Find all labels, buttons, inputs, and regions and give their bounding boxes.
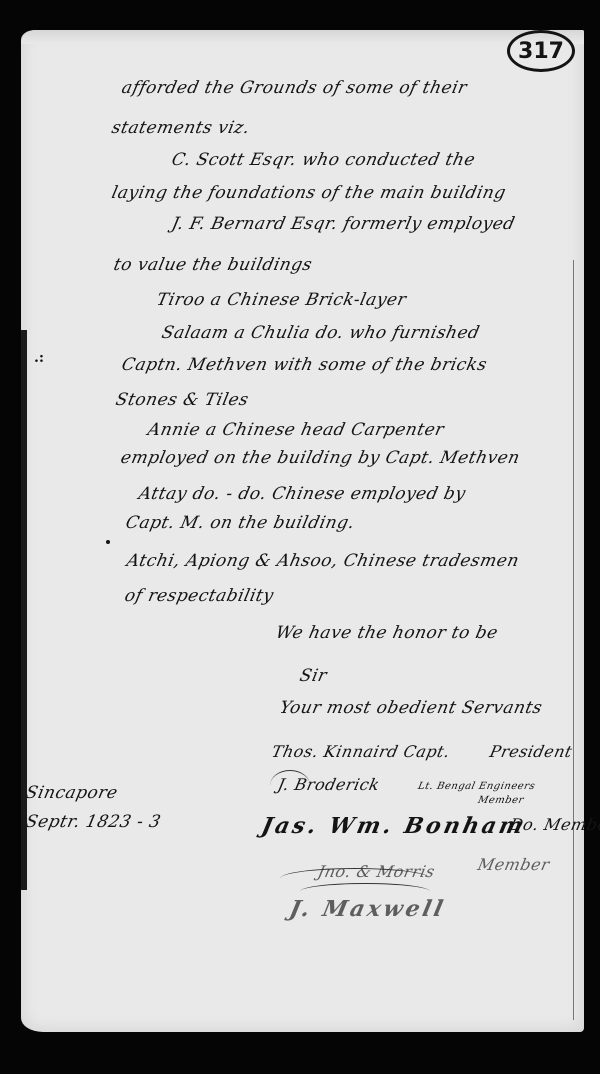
closing-valediction: Your most obedient Servants — [278, 698, 544, 718]
signature-role: Do. Member — [508, 815, 600, 834]
folio-number: 317 — [507, 30, 575, 72]
body-line: to value the buildings — [112, 255, 314, 275]
signature-name: Thos. Kinnaird Capt. — [270, 742, 452, 761]
body-line: J. F. Bernard Esqr. formerly employed — [170, 214, 517, 234]
body-line: Capt. M. on the building. — [124, 513, 357, 533]
margin-marks: .: — [34, 350, 44, 366]
closing-line: We have the honor to be — [274, 623, 500, 643]
place-line: Sincapore — [24, 783, 120, 803]
signature-flourish — [270, 770, 310, 801]
body-line: Annie a Chinese head Carpenter — [146, 420, 446, 440]
body-line: laying the foundations of the main build… — [110, 183, 508, 203]
body-line: Attay do. - do. Chinese employed by — [137, 484, 468, 504]
signature-role: Member — [477, 795, 525, 806]
date-line: Septr. 1823 - 3 — [24, 812, 163, 832]
body-line: Captn. Methven with some of the bricks — [120, 355, 489, 375]
page-edge-line — [573, 260, 574, 1020]
body-line: Tiroo a Chinese Brick-layer — [155, 290, 408, 310]
binding-shadow — [21, 330, 27, 890]
body-line: of respectability — [123, 586, 276, 606]
signature-role: Lt. Bengal Engineers — [417, 781, 536, 792]
signature-role: President — [488, 742, 574, 761]
body-line: Salaam a Chulia do. who furnished — [160, 323, 482, 343]
margin-dot — [106, 540, 110, 544]
body-line: C. Scott Esqr. who conducted the — [170, 150, 477, 170]
body-line: afforded the Grounds of some of their — [120, 78, 469, 98]
body-line: statements viz. — [110, 118, 252, 138]
body-line: Stones & Tiles — [114, 390, 251, 410]
signature-name: Jas. Wm. Bonham — [259, 813, 528, 839]
body-line: employed on the building by Capt. Methve… — [119, 448, 522, 468]
signature-role: Member — [476, 855, 551, 874]
body-line: Atchi, Apiong & Ahsoo, Chinese tradesmen — [125, 551, 521, 571]
closing-salutation: Sir — [298, 666, 329, 686]
signature-flourish — [300, 883, 430, 900]
